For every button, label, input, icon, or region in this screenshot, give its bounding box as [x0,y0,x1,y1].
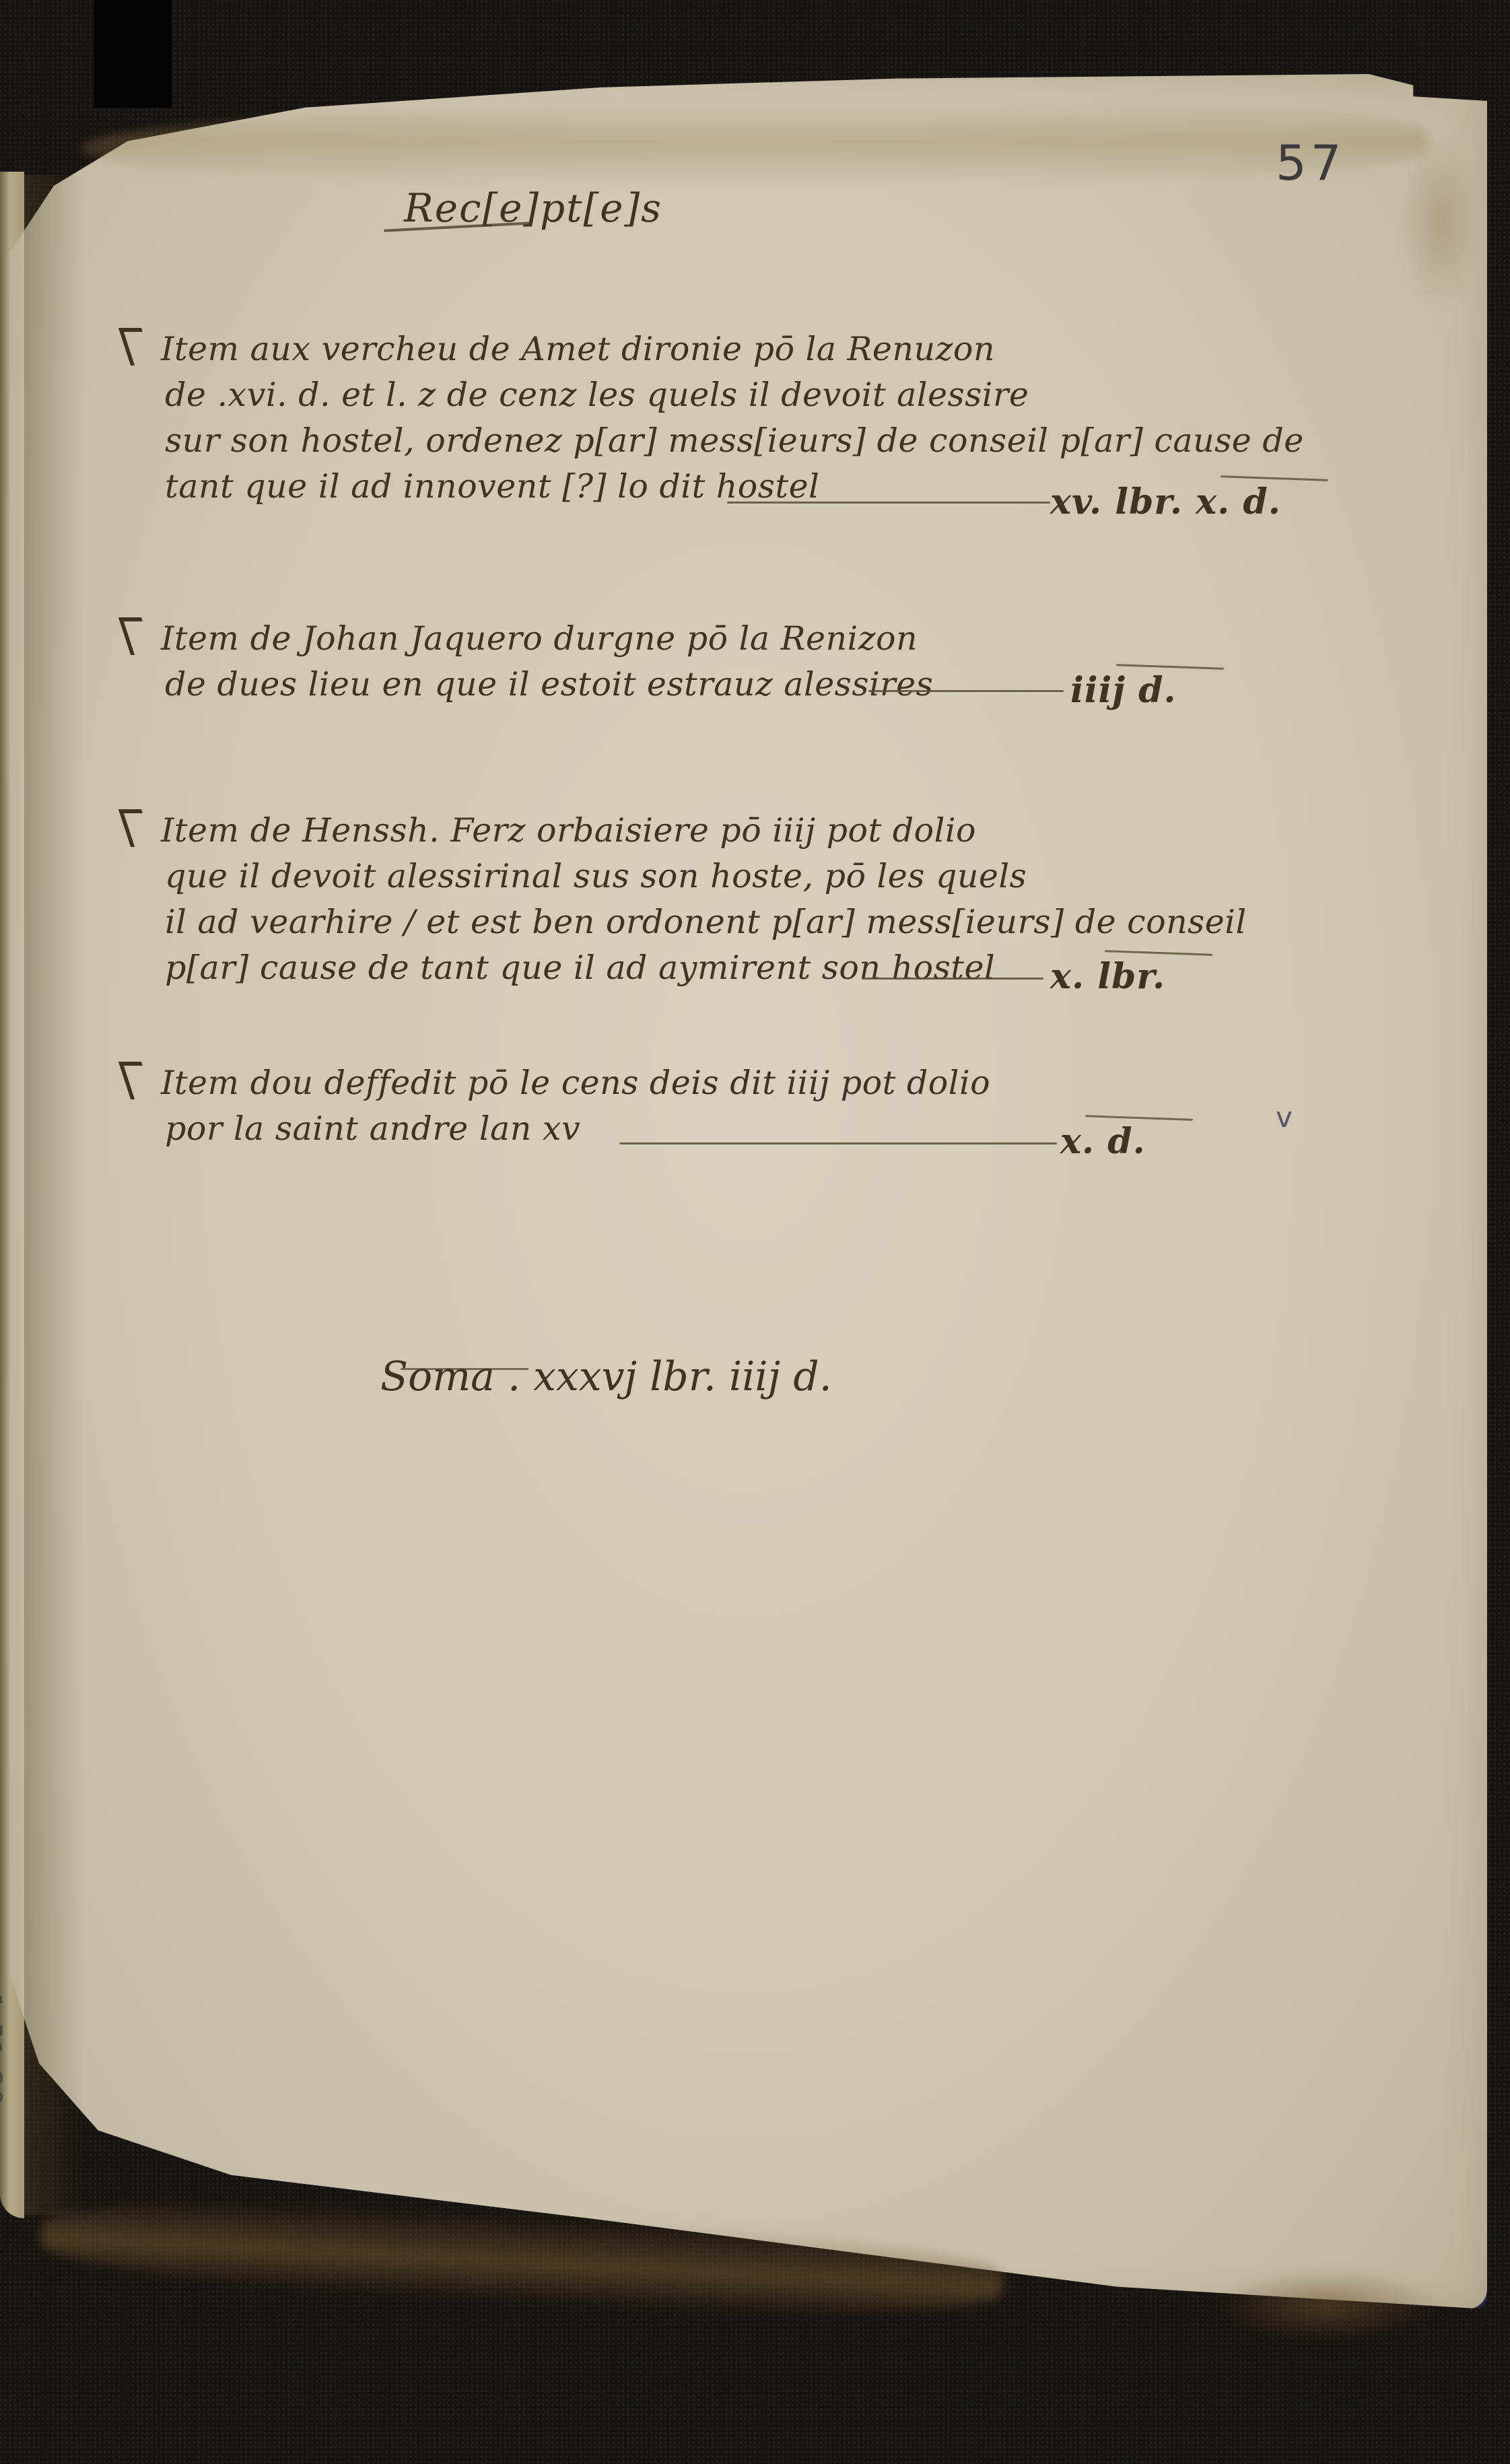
background-shadow-strip [94,0,172,108]
water-stain-right [1400,135,1481,310]
entry-amount-2: iiij d. [1070,670,1177,711]
leader-line [862,978,1043,980]
entry-line: Item aux vercheu de Amet dironie pō la R… [125,327,1000,372]
account-entry-4: Item dou deffedit pō le cens deis dit ii… [125,1060,1000,1152]
section-heading: Rec[e]pt[e]s [404,185,662,231]
sum-total: Soma . xxxvj lbr. iiij d. [380,1353,832,1400]
leader-line [727,502,1050,504]
entry-line: Item de Henssh. Ferz orbaisiere pō iiij … [125,808,1000,854]
entry-line: p[ar] cause de tant que il ad aymirent s… [125,945,1000,991]
leader-line [619,1142,1057,1144]
account-entry-1: Item aux vercheu de Amet dironie pō la R… [125,327,1000,510]
gutter-shadow [24,175,85,2215]
entry-line: por la saint andre lan xv [125,1106,1000,1152]
entry-amount-3: x. lbr. [1050,956,1165,997]
entry-line: de .xvi. d. et l. z de cenz les quels il… [125,372,1000,418]
leader-line [868,690,1064,692]
entry-line: Item de Johan Jaquero durgne pō la Reniz… [125,616,1000,662]
pencil-shelfmark: 1-51-29 [0,1993,7,2107]
entry-line: de dues lieu en que il estoit estrauz al… [125,662,1000,708]
entry-amount-4: x. d. [1060,1121,1146,1162]
account-entry-2: Item de Johan Jaquero durgne pō la Reniz… [125,616,1000,708]
folio-number: 57 [1276,135,1346,191]
entry-line: il ad vearhire / et est ben ordonent p[a… [125,899,1000,945]
water-stain-bottom-right [1212,2269,1441,2343]
entry-amount-1: xv. lbr. x. d. [1050,481,1281,522]
margin-check-mark: v [1276,1101,1293,1134]
entry-line: sur son hostel, ordenez p[ar] mess[ieurs… [125,418,1000,464]
entry-line: que il devoit alessirinal sus son hoste,… [125,854,1000,899]
entry-line: Item dou deffedit pō le cens deis dit ii… [125,1060,1000,1106]
account-entry-3: Item de Henssh. Ferz orbaisiere pō iiij … [125,808,1000,991]
